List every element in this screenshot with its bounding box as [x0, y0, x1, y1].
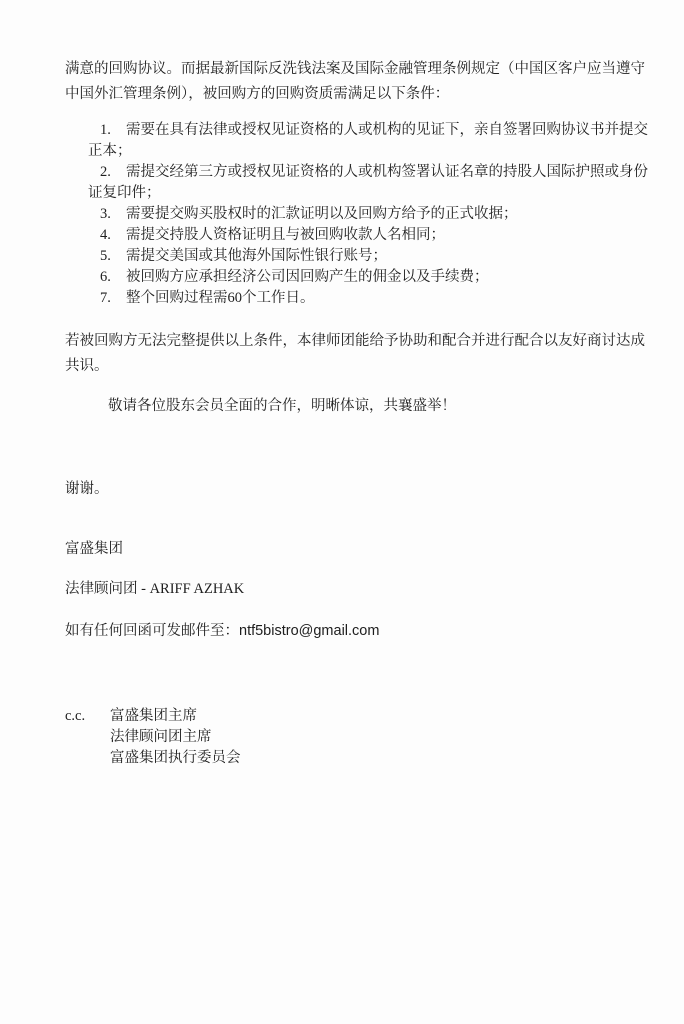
- condition-text: 需要提交购买股权时的汇款证明以及回购方给予的正式收据；: [126, 206, 518, 222]
- condition-item: 4.需提交持股人资格证明且与被回购收款人名相同；: [65, 225, 648, 246]
- condition-number: 2.: [100, 162, 126, 183]
- condition-number: 7.: [100, 288, 126, 309]
- contact-email: ntf5bistro@gmail.com: [239, 623, 379, 639]
- condition-item: 6.被回购方应承担经济公司因回购产生的佣金以及手续费；: [65, 267, 648, 288]
- appeal-paragraph: 敬请各位股东会员全面的合作，明晰体谅，共襄盛举！: [65, 394, 648, 419]
- condition-text: 整个回购过程需60个工作日。: [126, 290, 315, 306]
- cc-block: c.c. 富盛集团主席 法律顾问团主席 富盛集团执行委员会: [65, 706, 648, 769]
- condition-number: 4.: [100, 225, 126, 246]
- intro-paragraph: 满意的回购协议。而据最新国际反洗钱法案及国际金融管理条例规定（中国区客户应当遵守…: [65, 57, 648, 107]
- condition-number: 1.: [100, 120, 126, 141]
- condition-text: 需提交经第三方或授权见证资格的人或机构签署认证名章的持股人国际护照或身份证复印件…: [88, 164, 648, 201]
- condition-number: 3.: [100, 204, 126, 225]
- condition-text: 需要在具有法律或授权见证资格的人或机构的见证下，亲自签署回购协议书并提交正本；: [88, 122, 648, 159]
- condition-text: 需提交持股人资格证明且与被回购收款人名相同；: [126, 227, 445, 243]
- condition-number: 5.: [100, 246, 126, 267]
- signature-company: 富盛集团: [65, 537, 648, 562]
- condition-item: 3.需要提交购买股权时的汇款证明以及回购方给予的正式收据；: [65, 204, 648, 225]
- conditions-list: 1.需要在具有法律或授权见证资格的人或机构的见证下，亲自签署回购协议书并提交正本…: [65, 120, 648, 309]
- cc-label: c.c.: [65, 706, 110, 769]
- cc-recipient: 富盛集团执行委员会: [110, 748, 648, 769]
- condition-item: 2.需提交经第三方或授权见证资格的人或机构签署认证名章的持股人国际护照或身份证复…: [65, 162, 648, 204]
- condition-item: 5.需提交美国或其他海外国际性银行账号；: [65, 246, 648, 267]
- document-page: 满意的回购协议。而据最新国际反洗钱法案及国际金融管理条例规定（中国区客户应当遵守…: [0, 0, 684, 1024]
- contact-prefix: 如有任何回函可发邮件至：: [65, 623, 239, 639]
- condition-text: 被回购方应承担经济公司因回购产生的佣金以及手续费；: [126, 269, 489, 285]
- thanks-line: 谢谢。: [65, 477, 648, 502]
- contact-line: 如有任何回函可发邮件至：ntf5bistro@gmail.com: [65, 619, 648, 644]
- cc-recipient: 法律顾问团主席: [110, 727, 648, 748]
- assist-note-paragraph: 若被回购方无法完整提供以上条件，本律师团能给予协助和配合并进行配合以友好商讨达成…: [65, 329, 648, 379]
- cc-recipient: 富盛集团主席: [110, 706, 648, 727]
- signature-legal-team: 法律顾问团 - ARIFF AZHAK: [65, 577, 648, 602]
- condition-number: 6.: [100, 267, 126, 288]
- condition-item: 1.需要在具有法律或授权见证资格的人或机构的见证下，亲自签署回购协议书并提交正本…: [65, 120, 648, 162]
- cc-names: 富盛集团主席 法律顾问团主席 富盛集团执行委员会: [110, 706, 648, 769]
- condition-text: 需提交美国或其他海外国际性银行账号；: [126, 248, 387, 264]
- condition-item: 7.整个回购过程需60个工作日。: [65, 288, 648, 309]
